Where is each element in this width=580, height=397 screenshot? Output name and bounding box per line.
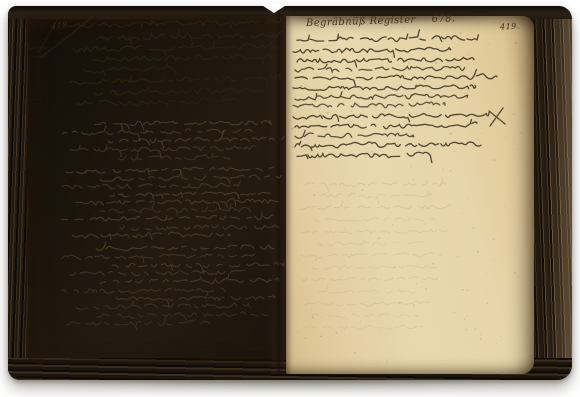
page-block-edge-left bbox=[8, 6, 28, 380]
register-year: 678. bbox=[431, 13, 455, 25]
page-block-edge-right bbox=[534, 6, 572, 380]
spine-top-notch bbox=[260, 4, 288, 13]
left-page-paper bbox=[26, 14, 284, 364]
open-book bbox=[8, 6, 572, 380]
left-page-number: 418 bbox=[51, 20, 69, 31]
photo-of-open-manuscript-book: 418 419. Begräbnüß Register 678. bbox=[0, 0, 580, 397]
right-page-number: 419. bbox=[500, 21, 520, 31]
right-page-paper bbox=[286, 16, 534, 374]
